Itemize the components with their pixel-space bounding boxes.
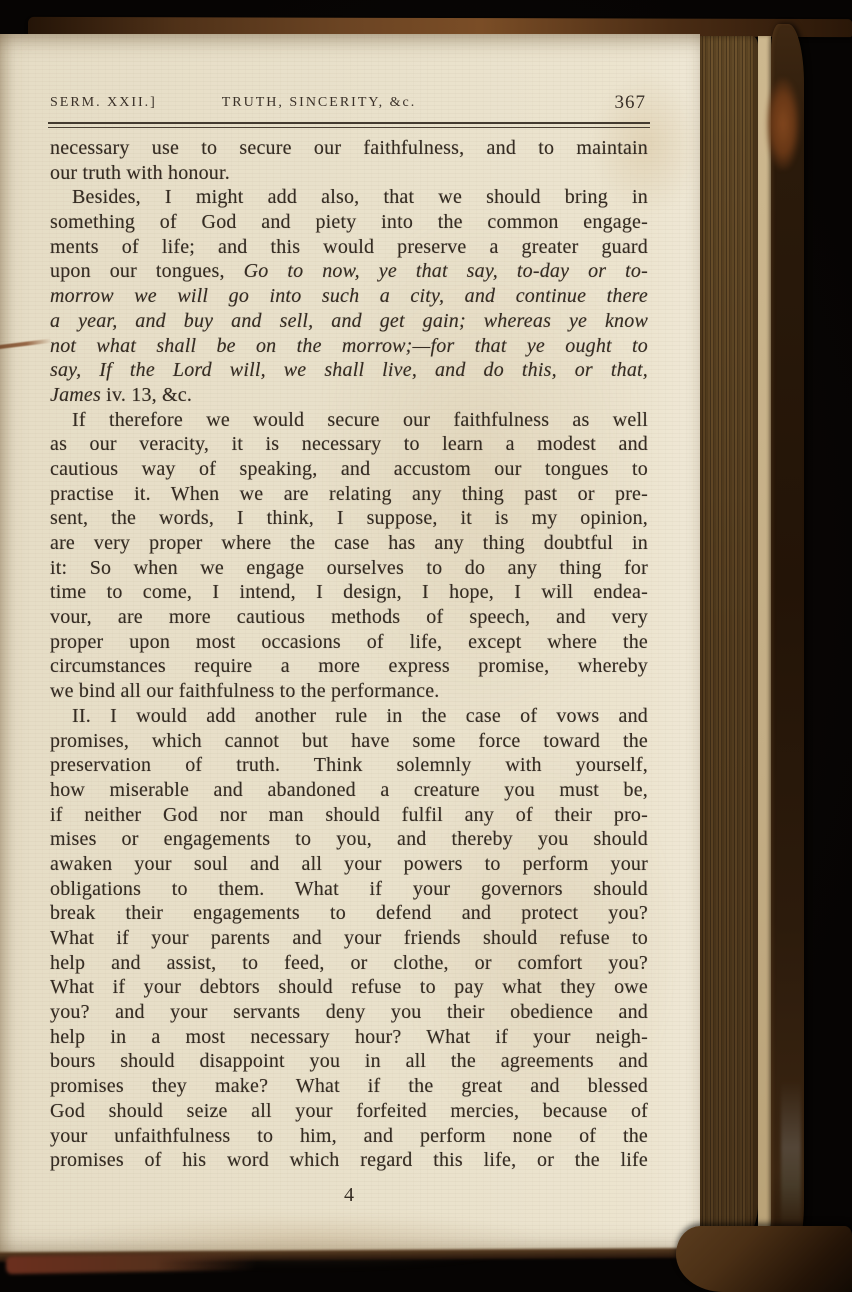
text-segment: how miserable and abandoned a creature y… <box>50 779 648 801</box>
text-line: as our veracity, it is necessary to lear… <box>50 432 648 457</box>
text-line: proper upon most occasions of life, exce… <box>50 630 648 655</box>
text-line: promises, which cannot but have some for… <box>50 729 648 754</box>
text-segment: vour, are more cautious methods of speec… <box>50 606 648 628</box>
text-segment: promises, which cannot but have some for… <box>50 730 648 752</box>
text-segment: ments of life; and this would preserve a… <box>50 236 648 258</box>
text-line: if neither God nor man should fulfil any… <box>50 803 648 828</box>
scripture-quote-segment: say, If the Lord will, we shall live, an… <box>50 359 648 381</box>
leather-wear-spot <box>766 78 800 170</box>
text-line: help and assist, to feed, or clothe, or … <box>50 951 648 976</box>
text-line: morrow we will go into such a city, and … <box>50 284 648 309</box>
text-segment: What if your parents and your friends sh… <box>50 927 648 949</box>
scripture-quote-segment: a year, and buy and sell, and get gain; … <box>50 310 648 332</box>
text-line: What if your debtors should refuse to pa… <box>50 975 648 1000</box>
text-line: promises they make? What if the great an… <box>50 1074 648 1099</box>
text-segment: you? and your servants deny you their ob… <box>50 1001 648 1023</box>
text-line: your unfaithfulness to him, and perform … <box>50 1124 648 1149</box>
leather-sheen <box>781 1080 801 1230</box>
text-segment: are very proper where the case has any t… <box>50 532 648 554</box>
text-line: our truth with honour. <box>50 161 648 186</box>
inner-page-edge <box>758 36 771 1248</box>
text-segment: upon our tongues, <box>50 260 244 282</box>
margin-ink-stroke <box>0 339 52 350</box>
running-title: TRUTH, SINCERITY, &c. <box>50 95 588 111</box>
text-line: you? and your servants deny you their ob… <box>50 1000 648 1025</box>
text-segment: as our veracity, it is necessary to lear… <box>50 433 648 455</box>
text-line: obligations to them. What if your govern… <box>50 877 648 902</box>
text-segment: cautious way of speaking, and accustom o… <box>50 458 648 480</box>
sermon-text-block: necessary use to secure our faithfulness… <box>50 136 648 1173</box>
text-line: Besides, I might add also, that we shoul… <box>50 185 648 210</box>
text-line: something of God and piety into the comm… <box>50 210 648 235</box>
scripture-quote-segment: morrow we will go into such a city, and … <box>50 285 648 307</box>
text-line: bours should disappoint you in all the a… <box>50 1049 648 1074</box>
text-line: James iv. 13, &c. <box>50 383 648 408</box>
text-segment: circumstances require a more express pro… <box>50 655 648 677</box>
text-line: promises of his word which regard this l… <box>50 1148 648 1173</box>
text-line: vour, are more cautious methods of speec… <box>50 605 648 630</box>
text-segment: help and assist, to feed, or clothe, or … <box>50 952 648 974</box>
text-segment: we bind all our faithfulness to the perf… <box>50 680 439 702</box>
text-segment: our truth with honour. <box>50 162 230 184</box>
page-number: 367 <box>615 92 647 114</box>
text-line: break their engagements to defend and pr… <box>50 901 648 926</box>
text-segment: obligations to them. What if your govern… <box>50 878 648 900</box>
text-segment: proper upon most occasions of life, exce… <box>50 631 648 653</box>
scripture-quote-segment: not what shall be on the morrow;—for tha… <box>50 335 648 357</box>
signature-mark: 4 <box>50 1184 648 1207</box>
text-line: preservation of truth. Think solemnly wi… <box>50 753 648 778</box>
text-segment: mises or engagements to you, and thereby… <box>50 828 648 850</box>
book-page: SERM. XXII.] TRUTH, SINCERITY, &c. 367 n… <box>0 34 700 1254</box>
running-header: SERM. XXII.] TRUTH, SINCERITY, &c. 367 <box>50 92 648 114</box>
leather-streak <box>6 1252 256 1274</box>
text-line: necessary use to secure our faithfulness… <box>50 136 648 161</box>
text-line: What if your parents and your friends sh… <box>50 926 648 951</box>
page-fore-edge <box>700 36 758 1252</box>
text-line: If therefore we would secure our faithfu… <box>50 408 648 433</box>
text-segment: if neither God nor man should fulfil any… <box>50 804 648 826</box>
text-line: how miserable and abandoned a creature y… <box>50 778 648 803</box>
text-line: time to come, I intend, I design, I hope… <box>50 580 648 605</box>
text-segment: God should seize all your forfeited merc… <box>50 1100 648 1122</box>
text-segment: time to come, I intend, I design, I hope… <box>50 581 648 603</box>
text-line: II. I would add another rule in the case… <box>50 704 648 729</box>
text-line: not what shall be on the morrow;—for tha… <box>50 334 648 359</box>
text-line: awaken your soul and all your powers to … <box>50 852 648 877</box>
text-line: ments of life; and this would preserve a… <box>50 235 648 260</box>
header-rule <box>48 122 650 128</box>
text-segment: promises they make? What if the great an… <box>50 1075 648 1097</box>
text-line: cautious way of speaking, and accustom o… <box>50 457 648 482</box>
text-segment: promises of his word which regard this l… <box>50 1149 648 1171</box>
text-line: sent, the words, I think, I suppose, it … <box>50 506 648 531</box>
text-segment: necessary use to secure our faithfulness… <box>50 137 648 159</box>
text-segment: What if your debtors should refuse to pa… <box>50 976 648 998</box>
text-line: upon our tongues, Go to now, ye that say… <box>50 259 648 284</box>
text-segment: break their engagements to defend and pr… <box>50 902 648 924</box>
text-segment: your unfaithfulness to him, and perform … <box>50 1125 648 1147</box>
text-segment: sent, the words, I think, I suppose, it … <box>50 507 648 529</box>
scripture-quote-segment: Go to now, ye that say, to-day or to- <box>244 260 648 282</box>
text-line: practise it. When we are relating any th… <box>50 482 648 507</box>
text-segment: Besides, I might add also, that we shoul… <box>72 186 648 208</box>
text-segment: it: So when we engage ourselves to do an… <box>50 557 648 579</box>
text-segment: If therefore we would secure our faithfu… <box>72 409 648 431</box>
text-line: it: So when we engage ourselves to do an… <box>50 556 648 581</box>
scripture-quote-segment: James <box>50 384 101 406</box>
book-cover-bottom-corner <box>676 1226 852 1292</box>
text-line: say, If the Lord will, we shall live, an… <box>50 358 648 383</box>
text-segment: help in a most necessary hour? What if y… <box>50 1026 648 1048</box>
scanned-book-page: { "book": { "header": { "left": "SERM. X… <box>0 0 852 1292</box>
text-segment: iv. 13, &c. <box>101 384 192 406</box>
text-line: circumstances require a more express pro… <box>50 654 648 679</box>
photo-background: SERM. XXII.] TRUTH, SINCERITY, &c. 367 n… <box>0 0 852 1292</box>
text-segment: II. I would add another rule in the case… <box>72 705 648 727</box>
text-segment: preservation of truth. Think solemnly wi… <box>50 754 648 776</box>
text-segment: something of God and piety into the comm… <box>50 211 648 233</box>
text-segment: awaken your soul and all your powers to … <box>50 853 648 875</box>
text-line: are very proper where the case has any t… <box>50 531 648 556</box>
text-line: we bind all our faithfulness to the perf… <box>50 679 648 704</box>
text-line: God should seize all your forfeited merc… <box>50 1099 648 1124</box>
text-segment: practise it. When we are relating any th… <box>50 483 648 505</box>
text-line: mises or engagements to you, and thereby… <box>50 827 648 852</box>
text-segment: bours should disappoint you in all the a… <box>50 1050 648 1072</box>
text-line: help in a most necessary hour? What if y… <box>50 1025 648 1050</box>
text-line: a year, and buy and sell, and get gain; … <box>50 309 648 334</box>
